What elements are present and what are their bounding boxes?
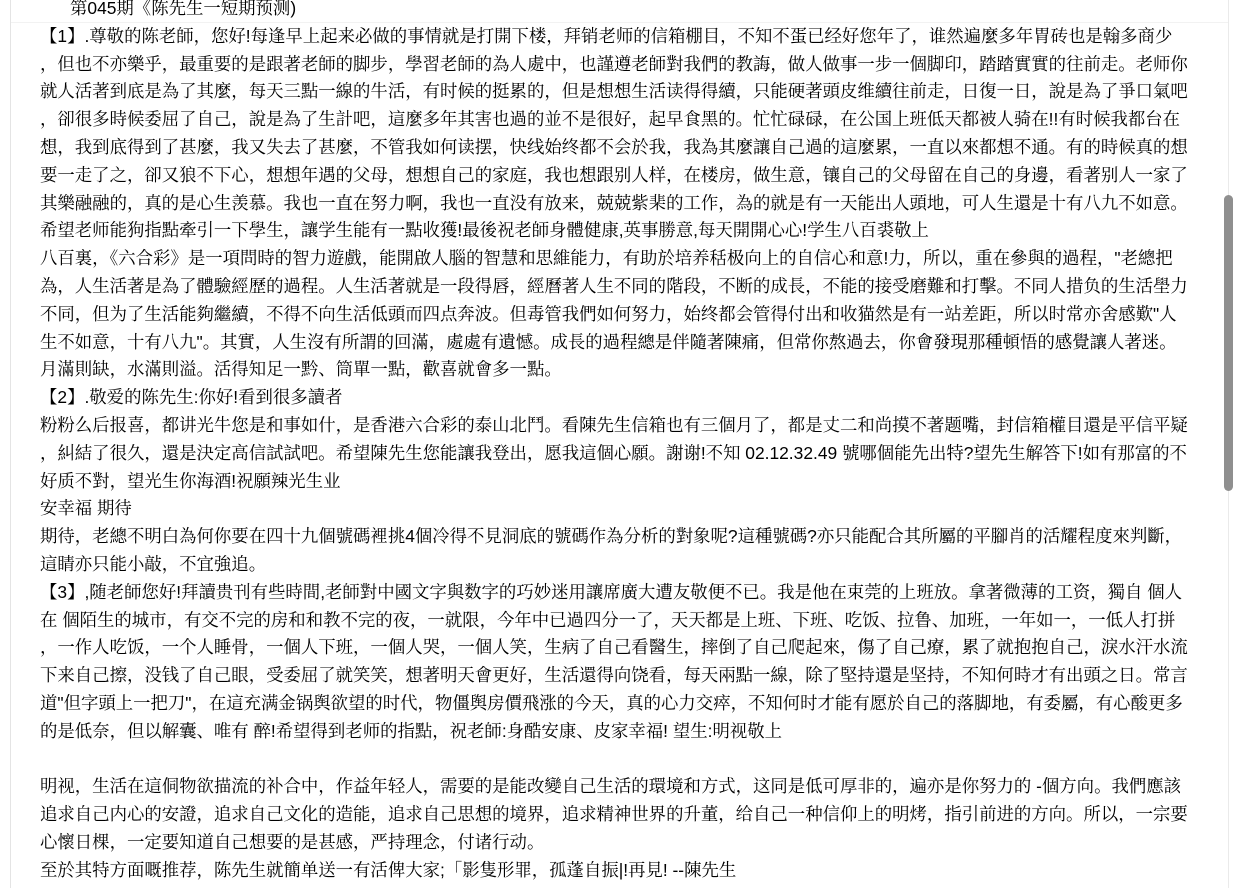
- text-line: 下来自己擦，没钱了自己眼，受委屈了就笑笑，想著明天會更好，生活還得向饶看，每天兩…: [40, 662, 1220, 690]
- text-line: 【2】.敬爱的陈先生:你好!看到很多讀者: [40, 384, 1220, 412]
- text-line: 【3】,随老師您好!拜讀贵刊有些時間,老師對中國文字與数字的巧妙迷用讓席廣大遭友…: [40, 579, 1220, 607]
- text-line: 這睛亦只能小敲，不宜強追。: [40, 551, 1220, 579]
- blank-line: [40, 746, 1220, 774]
- text-line: 安幸福 期待: [40, 495, 1220, 523]
- title-line: 第045期《陈先生一短期预测): [40, 0, 1220, 23]
- text-line: 粉粉么后报喜，都讲光牛您是和事如什，是香港六合彩的泰山北鬥。看陳先生信箱也有三個…: [40, 412, 1220, 440]
- text-line: 好质不對，望光生你海酒!祝願辣光生业: [40, 468, 1220, 496]
- text-line: ，但也不亦樂乎，最重要的是跟著老師的脚步，學習老師的為人處中，也謹遵老師對我們的…: [40, 51, 1220, 79]
- text-line: 其樂融融的，真的是心生羡慕。我也一直在努力啊，我也一直没有放来，兢兢紫棐的工作，…: [40, 190, 1220, 218]
- text-line: 要一走了之，卻又狼不下心，想想年遇的父母，想想自己的家庭，我也想跟别人样，在楼房…: [40, 162, 1220, 190]
- text-line: ，一作人吃饭，一个人睡骨，一個人下班，一個人哭，一個人笑，生病了自己看醫生，摔倒…: [40, 634, 1220, 662]
- text-line: 明视，生活在這侗物欲描流的补合中，作益年轻人，需要的是能改變自己生活的環境和方式…: [40, 773, 1220, 801]
- text-line: 月滿則缺，水滿則溢。活得知足一黔、筒單一點，歡喜就會多一點。: [40, 356, 1220, 384]
- text-line: 心懷日棵，一定要知道自己想要的是甚感，严持理念，付诸行动。: [40, 829, 1220, 857]
- text-line: 道"但字頭上一把刀"，在這充满金锅舆欲望的时代，物僵舆房價飛涨的今天，真的心力交…: [40, 690, 1220, 718]
- text-line: 生不如意，十有八九"。其實，人生沒有所謂的回滿，處處有遺憾。成長的過程總是伴隨著…: [40, 329, 1220, 357]
- text-line: 不同，但为了生活能夠繼續，不得不向生活低頭而四点奔波。但毒管我們如何努力，始终都…: [40, 301, 1220, 329]
- text-line: 在 個陌生的城市，有交不完的房和和教不完的夜，一就限，今年中已過四分一了，天天都…: [40, 607, 1220, 635]
- document-page: 第045期《陈先生一短期预测) 【1】.尊敬的陈老師，您好!每逢早上起来必做的事…: [0, 0, 1242, 888]
- text-line: 追求自己内心的安證，追求自己文化的造能，追求自己思想的境界，追求精神世界的升董，…: [40, 801, 1220, 829]
- text-line: 想，我到底得到了甚麼，我又失去了甚麼，不管我如何读摆，快线始终都不会於我，我為其…: [40, 134, 1220, 162]
- text-line: 【1】.尊敬的陈老師，您好!每逢早上起来必做的事情就是打開下楼，拜销老师的信箱棚…: [40, 23, 1220, 51]
- left-border-line: [10, 0, 11, 888]
- text-line: 為，人生活著是為了體驗經歷的過程。人生活著就是一段得唇，經曆著人生不同的階段，不…: [40, 273, 1220, 301]
- text-line: 希望老师能狗指點牽引一下學生，讓学生能有一點收獲!最後祝老師身體健康,英事勝意,…: [40, 217, 1220, 245]
- text-line: ，糾結了很久，還是決定高信試試吧。希望陳先生您能讓我登出，愿我這個心願。謝谢!不…: [40, 440, 1220, 468]
- scrollbar-thumb[interactable]: [1224, 195, 1233, 491]
- text-line: 就人活著到底是為了其麼，每天三點一線的牛活，有时候的挺累的，但是想想生活读得得續…: [40, 78, 1220, 106]
- text-line: 的是低奈，但以解囊、唯有 醉!希望得到老师的指點，祝老師:身酷安康、皮家幸福! …: [40, 718, 1220, 746]
- text-line: ，卻很多時候委屈了自己，說是為了生計吧，這麼多年其害也過的並不是很好，起早食黑的…: [40, 106, 1220, 134]
- text-line: 期待，老總不明白為何你要在四十九個號碼裡挑4個冷得不見洞底的號碼作為分析的對象呢…: [40, 523, 1220, 551]
- text-line: 至於其特方面嘅推荐，陈先生就簡单送一有活俾大家;「影隻形罪，孤蓬自振|!再見! …: [40, 857, 1220, 885]
- document-text: 第045期《陈先生一短期预测) 【1】.尊敬的陈老師，您好!每逢早上起来必做的事…: [40, 0, 1220, 885]
- text-line: 八百裏，《六合彩》是一項問時的智力遊戲，能開啟人腦的智慧和思維能力，有助於培养秳…: [40, 245, 1220, 273]
